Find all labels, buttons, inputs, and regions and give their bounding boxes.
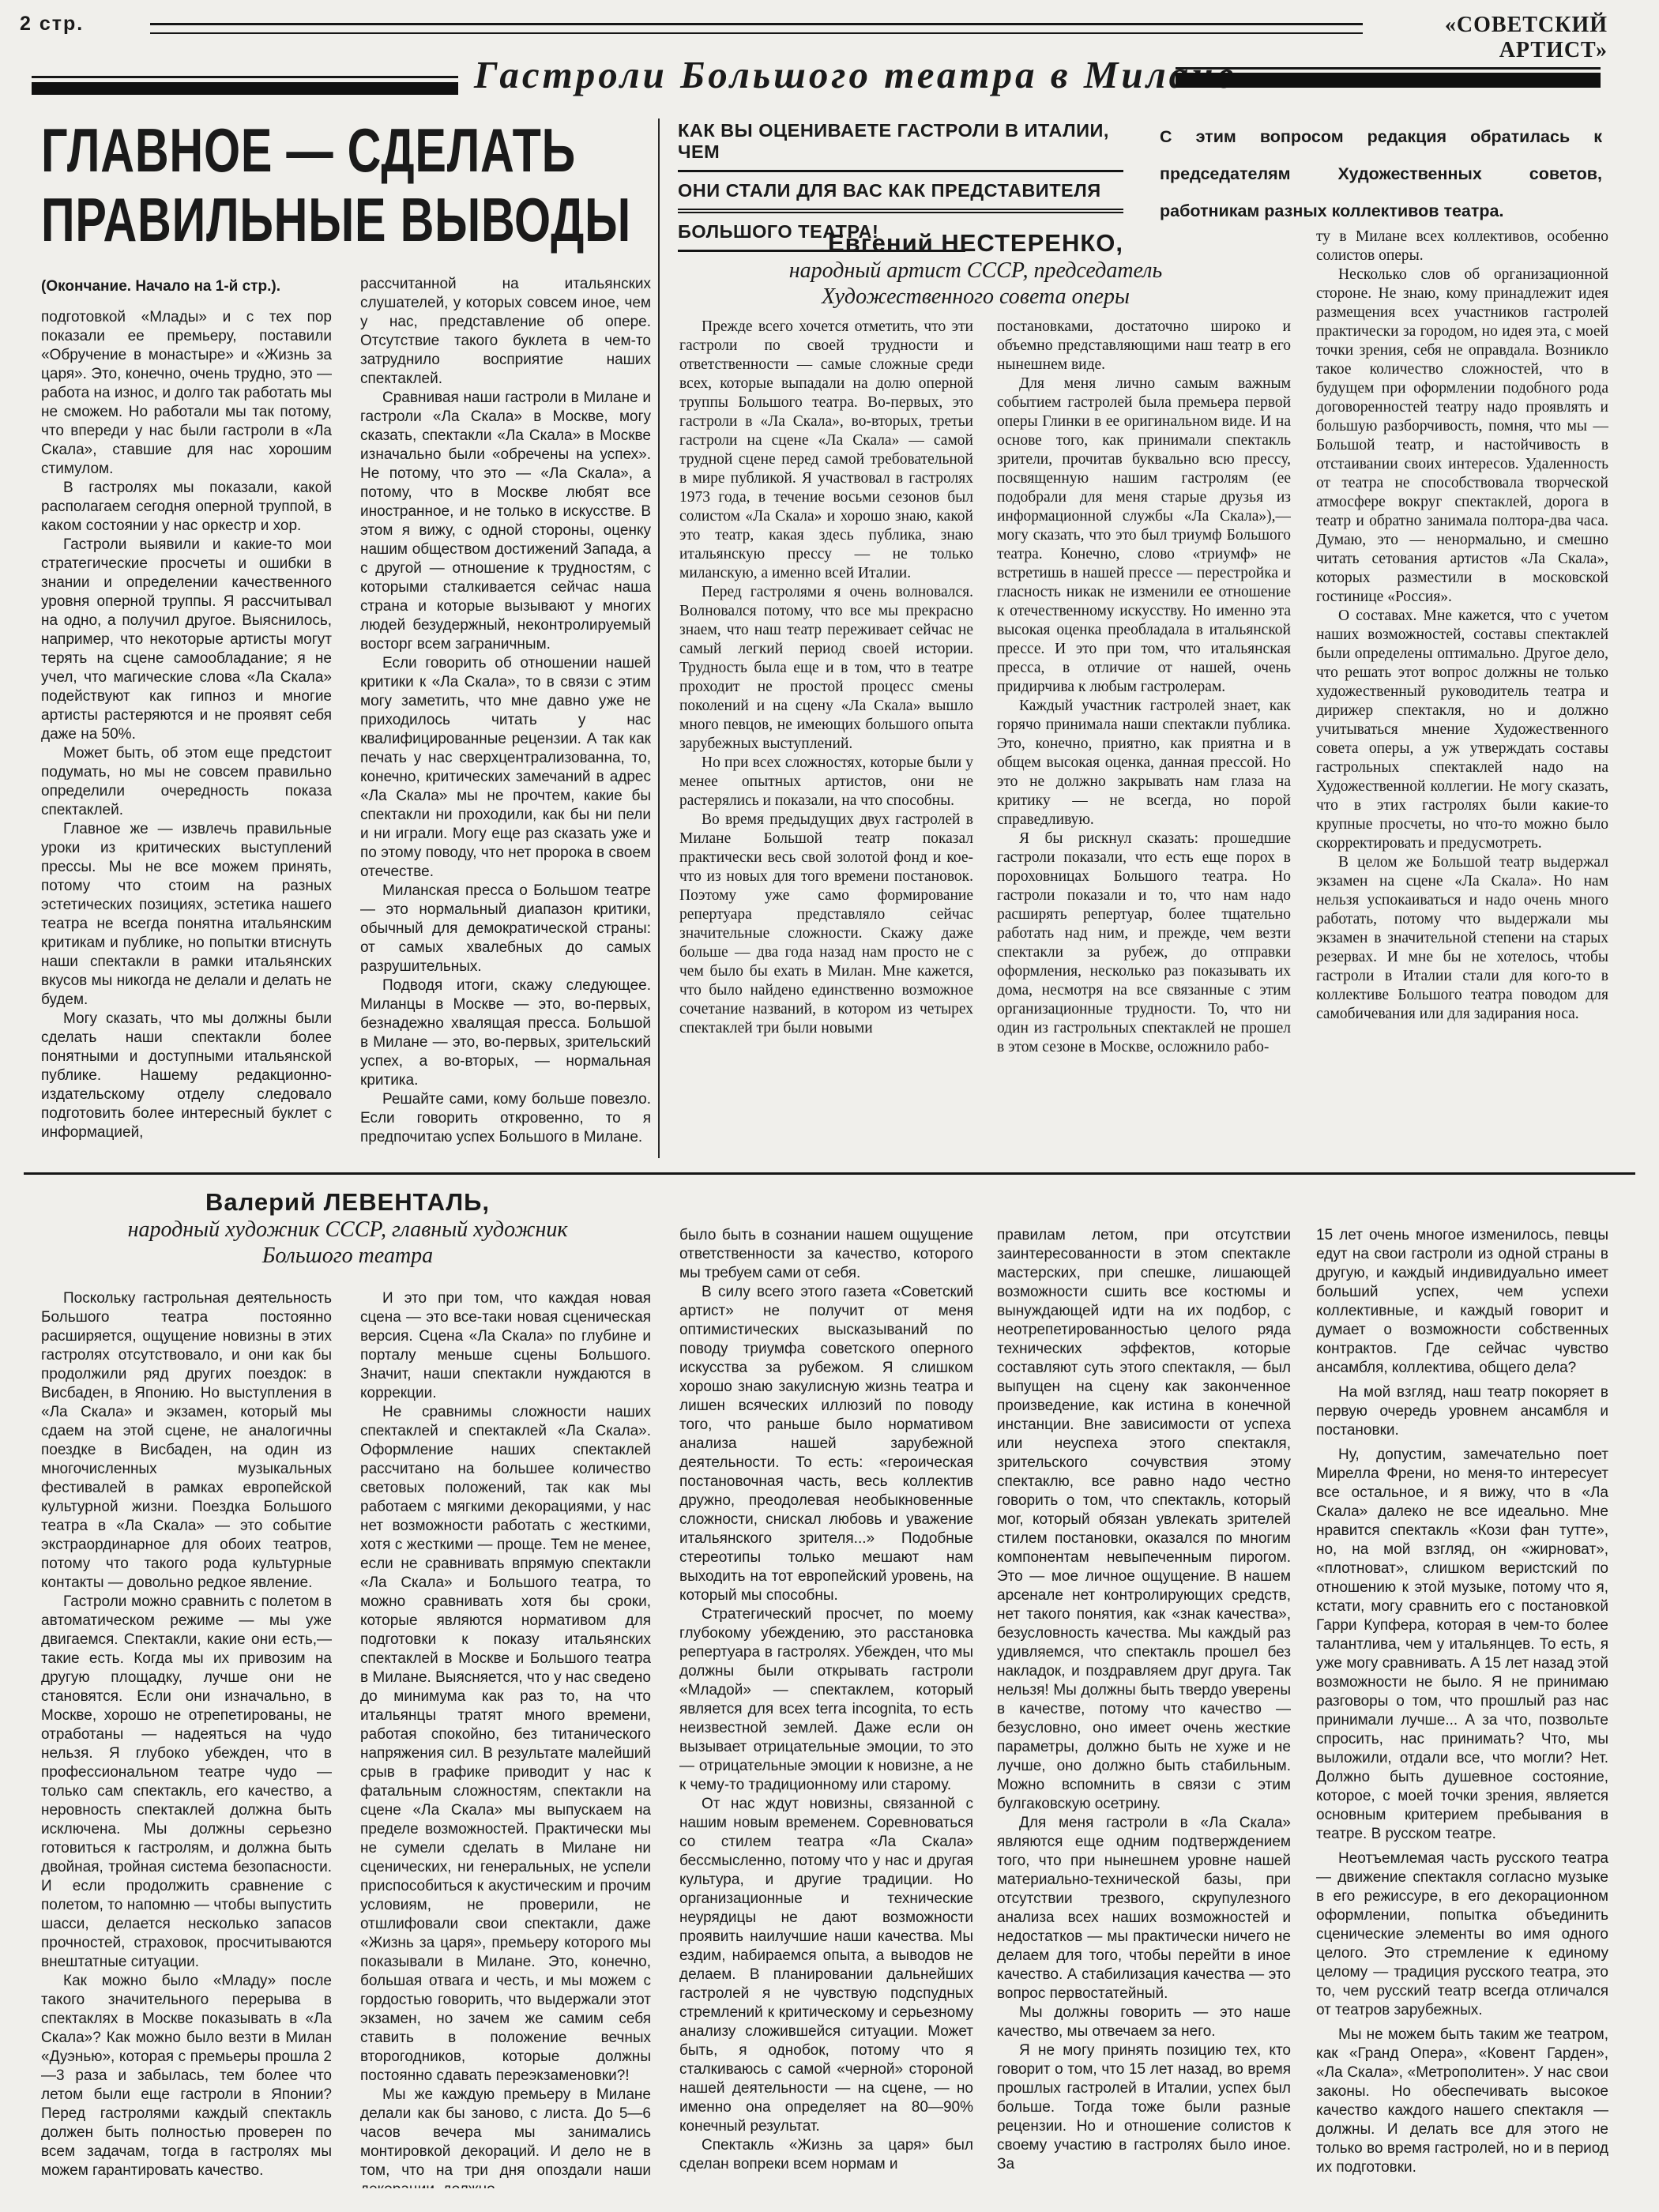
section-heading: Гастроли Большого театра в Милане (474, 52, 1169, 97)
heading-black-bar-right (1176, 73, 1601, 88)
paragraph: В силу всего этого газета «Советский арт… (679, 1283, 973, 1605)
paragraph: Несколько слов об организационной сторон… (1316, 265, 1608, 607)
paragraph: Для меня гастроли в «Ла Скала» являются … (997, 1814, 1291, 2003)
continuation-note: (Окончание. Начало на 1-й стр.). (41, 278, 280, 295)
paragraph: Неотъемлемая часть русского театра — дви… (1316, 1849, 1608, 2020)
masthead-rule-bottom (150, 32, 1363, 34)
nesterenko-title-line1: народный артист СССР, председатель (679, 258, 1272, 284)
leventhal-column-4: правилам летом, при отсутствии заинтерес… (997, 1226, 1291, 2188)
paragraph: Для меня лично самым важным событием гас… (997, 374, 1291, 697)
paragraph: Поскольку гастрольная деятельность Больш… (41, 1289, 332, 1593)
paragraph: От нас ждут новизны, связанной с нашим н… (679, 1795, 973, 2136)
nesterenko-column-1: Прежде всего хочется отметить, что эти г… (679, 318, 973, 1157)
paragraph: Спектакль «Жизнь за царя» был сделан воп… (679, 2136, 973, 2174)
paragraph: Гастроли можно сравнить с полетом в авто… (41, 1593, 332, 1972)
left-article-headline-line1: ГЛАВНОЕ — СДЕЛАТЬ (41, 118, 576, 182)
paragraph: На мой взгляд, наш театр покоряет в перв… (1316, 1383, 1608, 1440)
leventhal-name: Валерий ЛЕВЕНТАЛЬ, (47, 1188, 648, 1217)
nesterenko-title-line2: Художественного совета оперы (679, 284, 1272, 310)
paragraph: Прежде всего хочется отметить, что эти г… (679, 318, 973, 583)
column-divider-rule (658, 118, 660, 1158)
paragraph: правилам летом, при отсутствии заинтерес… (997, 1226, 1291, 1814)
paragraph: О составах. Мне кажется, что с учетом на… (1316, 607, 1608, 853)
paragraph: Решайте сами, кому больше повезло. Если … (360, 1090, 651, 1147)
paragraph: ту в Милане всех коллективов, особенно с… (1316, 228, 1608, 265)
paragraph: Во время предыдущих двух гастролей в Мил… (679, 811, 973, 1038)
paragraph: Может быть, об этом еще предстоит подума… (41, 744, 332, 820)
leventhal-column-1: Поскольку гастрольная деятельность Больш… (41, 1289, 332, 2188)
paragraph: Миланская пресса о Большом театре — это … (360, 882, 651, 976)
paragraph: Мы не можем быть таким же театром, как «… (1316, 2026, 1608, 2177)
heading-black-bar-left (32, 82, 458, 95)
paragraph: 15 лет очень многое изменилось, певцы ед… (1316, 1226, 1608, 1378)
paragraph: Я бы рискнул сказать: прошедшие гастроли… (997, 829, 1291, 1057)
paragraph: Если говорить об отношении нашей критики… (360, 654, 651, 882)
newspaper-page: { "header": { "page_number": "2 стр.", "… (0, 0, 1659, 2212)
paragraph: Мы же каждую премьеру в Милане делали ка… (360, 2086, 651, 2188)
paragraph: В гастролях мы показали, какой располага… (41, 479, 332, 536)
nesterenko-byline: Евгений НЕСТЕРЕНКО, народный артист СССР… (679, 229, 1272, 310)
paragraph: Но при всех сложностях, которые были у м… (679, 754, 973, 811)
question-intro: С этим вопросом редакция обратилась к пр… (1160, 118, 1602, 230)
paragraph: Каждый участник гастролей знает, как гор… (997, 697, 1291, 829)
heading-thin-rule-left (32, 76, 458, 78)
paragraph: Ну, допустим, замечательно поет Мирелла … (1316, 1446, 1608, 1844)
paragraph: Гастроли выявили и какие-то мои стратеги… (41, 536, 332, 744)
paragraph: И это при том, что каждая новая сцена — … (360, 1289, 651, 1403)
paragraph: подготовкой «Млады» и с тех пор показали… (41, 308, 332, 479)
leventhal-column-2: И это при том, что каждая новая сцена — … (360, 1289, 651, 2188)
paragraph: В целом же Большой театр выдержал экзаме… (1316, 853, 1608, 1024)
paragraph: Как можно было «Младу» после такого знач… (41, 1972, 332, 2180)
left-article-headline-line2: ПРАВИЛЬНЫЕ ВЫВОДЫ (41, 188, 631, 251)
leventhal-title-line1: народный художник СССР, главный художник (47, 1217, 648, 1243)
leventhal-title-line2: Большого театра (47, 1243, 648, 1269)
paragraph: Главное же — извлечь правильные уроки из… (41, 820, 332, 1010)
paragraph: Мы должны говорить — это наше качество, … (997, 2003, 1291, 2041)
left-article-column-1: подготовкой «Млады» и с тех пор показали… (41, 308, 332, 1158)
section-separator-rule (24, 1172, 1635, 1175)
masthead: «СОВЕТСКИЙ АРТИСТ» (1343, 13, 1608, 63)
leventhal-column-3: было быть в сознании нашем ощущение отве… (679, 1226, 973, 2188)
nesterenko-name: Евгений НЕСТЕРЕНКО, (679, 229, 1272, 258)
paragraph: рассчитанной на итальянских слушателей, … (360, 275, 651, 389)
heading-thin-rule-right (1176, 67, 1601, 70)
paragraph: Стратегический просчет, по моему глубоко… (679, 1605, 973, 1795)
nesterenko-column-3: ту в Милане всех коллективов, особенно с… (1316, 228, 1608, 1157)
paragraph: Сравнивая наши гастроли в Милане и гастр… (360, 389, 651, 654)
paragraph: Я не могу принять позицию тех, кто говор… (997, 2041, 1291, 2174)
left-article-column-2: рассчитанной на итальянских слушателей, … (360, 275, 651, 1158)
page-number: 2 стр. (20, 13, 84, 36)
question-line-2: ОНИ СТАЛИ ДЛЯ ВАС КАК ПРЕДСТАВИТЕЛЯ (678, 180, 1123, 213)
nesterenko-column-2: постановками, достаточно широко и объемн… (997, 318, 1291, 1157)
leventhal-column-5: 15 лет очень многое изменилось, певцы ед… (1316, 1226, 1608, 2188)
leventhal-byline: Валерий ЛЕВЕНТАЛЬ, народный художник ССС… (47, 1188, 648, 1269)
paragraph: постановками, достаточно широко и объемн… (997, 318, 1291, 374)
paragraph: было быть в сознании нашем ощущение отве… (679, 1226, 973, 1283)
paragraph: Могу сказать, что мы должны были сделать… (41, 1010, 332, 1142)
paragraph: Не сравнимы сложности наших спектаклей и… (360, 1403, 651, 2086)
paragraph: Перед гастролями я очень волновался. Вол… (679, 583, 973, 754)
question-line-1: КАК ВЫ ОЦЕНИВАЕТЕ ГАСТРОЛИ В ИТАЛИИ, ЧЕМ (678, 120, 1123, 172)
paragraph: Подводя итоги, скажу следующее. Миланцы … (360, 976, 651, 1090)
masthead-rule-top (150, 23, 1363, 25)
